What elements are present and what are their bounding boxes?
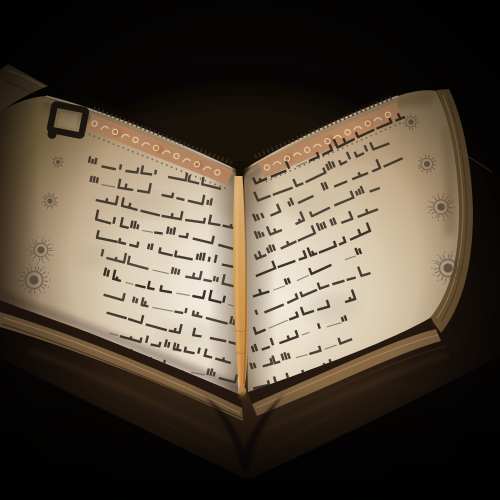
manuscript-photograph (0, 0, 500, 500)
photo-canvas (0, 0, 500, 500)
bottom-shadow (0, 385, 500, 500)
